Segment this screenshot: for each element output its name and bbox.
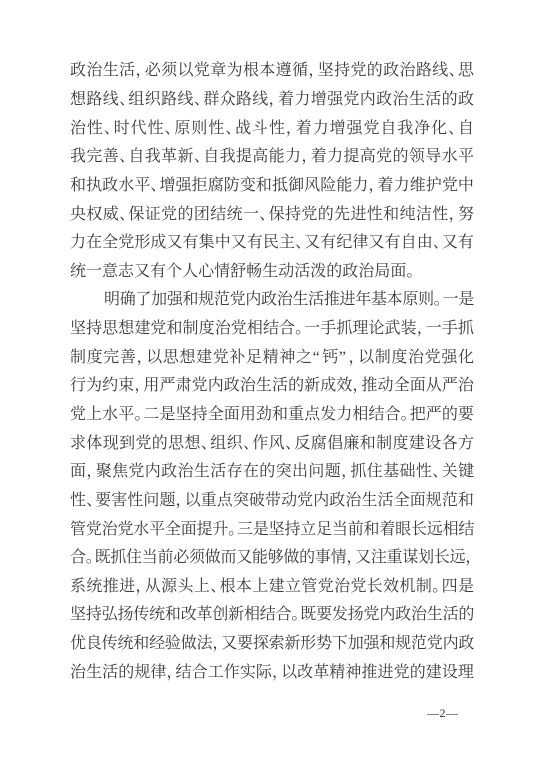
text-line: 党上水平。二是坚持全面用劲和重点发力相结合。把严的要 [70,401,474,430]
text-line: 坚持思想建党和制度治党相结合。一手抓理论武装，一手抓 [70,315,474,344]
text-line: 优良传统和经验做法，又要探索新形势下加强和规范党内政 [70,630,474,659]
page-number: —2— [427,706,459,721]
text-line: 力在全党形成又有集中又有民主、又有纪律又有自由、又有 [70,229,474,258]
document-page: 政治生活，必须以党章为根本遵循，坚持党的政治路线、思想路线、组织路线、群众路线，… [0,0,542,768]
text-line: 管党治党水平全面提升。三是坚持立足当前和着眼长远相结 [70,515,474,544]
text-line: 系统推进，从源头上、根本上建立管党治党长效机制。四是 [70,573,474,602]
text-line: 治生活的规律，结合工作实际，以改革精神推进党的建设理 [70,658,474,687]
text-line: 我完善、自我革新、自我提高能力，着力提高党的领导水平 [70,143,474,172]
text-line: 面，聚焦党内政治生活存在的突出问题，抓住基础性、关键 [70,458,474,487]
text-line: 和执政水平、增强拒腐防变和抵御风险能力，着力维护党中 [70,172,474,201]
text-line: 政治生活，必须以党章为根本遵循，坚持党的政治路线、思 [70,57,474,86]
document-text: 政治生活，必须以党章为根本遵循，坚持党的政治路线、思想路线、组织路线、群众路线，… [70,57,474,687]
text-line: 合。既抓住当前必须做而又能够做的事情，又注重谋划长远， [70,544,474,573]
text-line: 性、要害性问题，以重点突破带动党内政治生活全面规范和 [70,487,474,516]
text-line: 行为约束，用严肃党内政治生活的新成效，推动全面从严治 [70,372,474,401]
text-line: 求体现到党的思想、组织、作风、反腐倡廉和制度建设各方 [70,429,474,458]
text-line: 治性、时代性、原则性、战斗性，着力增强党自我净化、自 [70,114,474,143]
text-line: 央权威、保证党的团结统一、保持党的先进性和纯洁性，努 [70,200,474,229]
text-line: 统一意志又有个人心情舒畅生动活泼的政治局面。 [70,257,474,286]
text-line: 坚持弘扬传统和改革创新相结合。既要发扬党内政治生活的 [70,601,474,630]
text-line: 想路线、组织路线、群众路线，着力增强党内政治生活的政 [70,86,474,115]
text-line: 明确了加强和规范党内政治生活推进年基本原则。一是 [70,286,474,315]
text-line: 制度完善，以思想建党补足精神之“钙”，以制度治党强化 [70,343,474,372]
